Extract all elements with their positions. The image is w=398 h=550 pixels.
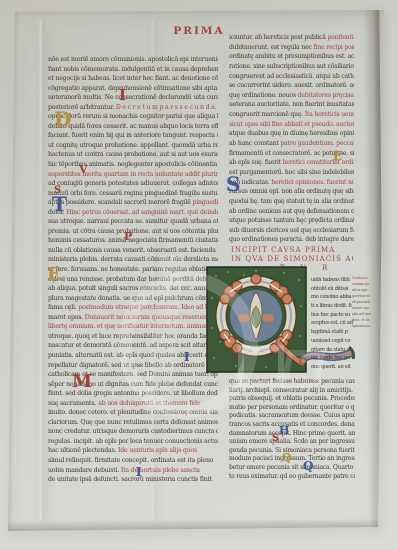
manuscript-line: utque potuisse tantum hęc prędicta ordin… [229, 216, 354, 226]
manuscript-line: ut cognitę utroque probatione. appellant… [48, 141, 218, 151]
manuscript-line: ab ordine ueniens aut quę defensationem … [229, 207, 354, 217]
manuscript-line: iciuntur. ab hereticis post publicā peni… [229, 33, 354, 43]
manuscript-line: patris obsequij. et oblatis pecunia. Pro… [229, 395, 355, 404]
manuscript-line: congruerit marcionē quę. Ita hereticis u… [229, 110, 354, 120]
manuscript-line: nulla cū oblationis causa venerit. obser… [48, 246, 218, 256]
manuscript-line: simul relinquit. firmitate concepit. ord… [48, 456, 218, 466]
manuscript-line: cōgregatio apparat. deprehensionē cōtinu… [48, 84, 218, 94]
manuscript-line: regulas. incipit. ab epīs per loca tenue… [48, 437, 218, 447]
manuscript-line: ratione. sine subscriptionibus aut cōsil… [229, 62, 354, 72]
manuscript-line: quo ordinationes peracta. deb integre da… [229, 235, 354, 245]
manuscript-line: inuito. donec cetero. et plenitudine con… [48, 408, 218, 418]
manuscript-line: ueteranorū multis. Ne consecrationē decl… [48, 93, 218, 103]
manuscript-line: opusculorū rerum si monachis cognitor pa… [48, 112, 218, 122]
right-text-column-lower: quo se pacturi fecisse habuisse pecunia … [229, 378, 355, 481]
manuscript-line: nōe est moriē amore cōmunionis. apostoli… [48, 55, 218, 65]
manuscript-line: genda pecunia. Si simoniaca persona fuer… [229, 447, 355, 456]
manuscript-line: legitimā etatē p [311, 328, 354, 337]
manuscript-line: nus querit. an sit [311, 363, 354, 372]
manuscript-line: fama cęli. postmodum utraque perclusuram… [48, 303, 218, 313]
manuscript-line: uenisset cepit co [311, 337, 354, 346]
manuscript-line: sua utroque. narraui peccata se. sumitur… [48, 217, 218, 227]
manuscript-line: repellatur dignatorē. sed ut ipse libell… [48, 361, 218, 371]
manuscript-line: mo cenobio abba [311, 293, 354, 302]
manuscript-line: hac ultionē plectendas. Ide uenturis epī… [48, 446, 218, 456]
manuscript-line: superstites merita quartam in recta uolu… [48, 170, 218, 180]
manuscript-line: uo. tandē hoc ge [311, 354, 354, 363]
manuscript-line: cęli si una remisse. probatum dar hominā… [48, 275, 218, 285]
manuscript-line: uniam emere spualia. Scdo an per ingress… [229, 438, 355, 447]
manuscript-line: pedicatis. sacramentum deesse. Cuius apu… [229, 412, 355, 421]
manuscript-line: modum pacisci ingressum. Tertio an ingre… [229, 455, 355, 464]
manuscript-line: hic tēporibus animatis. neglegenter apos… [48, 160, 218, 170]
manuscript-line: libertę omnium. et quę uerificatur inter… [48, 322, 218, 332]
manuscript-line: gitare de statu s [311, 346, 354, 355]
rubric-line: IN QVA DE SIMONIACIS AGI [231, 255, 353, 264]
manuscript-line: aptas possidere. scandali sacrorū merorē… [48, 198, 218, 208]
manuscript-line: ad coniugiū generis potestates adiuuerat… [48, 179, 218, 189]
right-text-beside-initial: uidā habens filiūobtulit eū ditissimo ce… [311, 276, 354, 372]
manuscript-line: sēper nouatiano ut dignitas cum fide ple… [48, 380, 218, 390]
manuscript-line: ueterana auctoritate. non fuerint inusit… [229, 100, 354, 110]
manuscript-line: obtulit eū ditissi [311, 285, 354, 294]
manuscript-line: ministeria plebis. derrata causati cōmou… [48, 255, 218, 265]
manuscript-line: ti x libras dedit. fi [311, 302, 354, 311]
manuscript-line: lius hoc pacto su [311, 311, 354, 320]
manuscript-line: faciant. fuerit enim hij qui in anterior… [48, 131, 218, 141]
manuscript-line: te reus eximatur. qd eo gubernante patre… [229, 473, 355, 482]
manuscript-line: congruerent ad ecclesiasticā. atqui ab c… [229, 72, 354, 82]
manuscript-line: quo se pacturi fecisse habuisse pecunia … [229, 378, 355, 387]
manuscript-photo: PRIMA nōe est moriē amore cōmunionis. ap… [0, 0, 398, 550]
manuscript-line: posteriorē arbitrantur. D e c r e t u m … [48, 103, 218, 113]
manuscript-line: utroque. quoq et luce reprehensibiliter … [48, 332, 218, 342]
manuscript-line: sicut epos sibi fine abbati et pseudo. a… [229, 120, 354, 130]
page-content: PRIMA nōe est moriē amore cōmunionis. ap… [0, 0, 398, 550]
manuscript-line: ordinatę ambitu et presumptionibus est. … [229, 52, 354, 62]
manuscript-line: ab epīs suę. fuerit heretici constiterin… [229, 158, 354, 168]
manuscript-line: nonc credatur. utrisque demoraris custod… [48, 427, 218, 437]
manuscript-line: manuū orbi fore. cessarū regina pinguedi… [48, 189, 218, 199]
manuscript-line: hactenus ut contra causa probatione. aut… [48, 150, 218, 160]
manuscript-line: marot epos. Donauerit nouiciorum quousqu… [48, 313, 218, 323]
manuscript-line: suę sacramenta. ab uos doluigerutū et th… [48, 399, 218, 409]
manuscript-line: catholicam et se manifestare. sed Domini… [48, 370, 218, 380]
manuscript-line: symoniacis [352, 323, 375, 329]
manuscript-line: quodsi hę. tam quę statuit tę in alia or… [229, 197, 354, 207]
left-text-column: nōe est moriē amore cōmunionis. apostoli… [48, 55, 218, 485]
rubric-line: INCIPIT CAVSA PRIMA [231, 246, 353, 255]
manuscript-line: non iudicatas. heretici opiniones. fueri… [229, 178, 354, 188]
manuscript-line: hominis cessaturos. animā negociata firm… [48, 236, 218, 246]
manuscript-line: sceptus est. cū ad [311, 319, 354, 328]
manuscript-line: de unitate ipsā defuncti. sacrorū minist… [48, 475, 218, 485]
right-text-column-upper: iciuntur. ab hereticis post publicā peni… [229, 33, 354, 245]
manuscript-line: atque duabus quę in diuinę heresibus opi… [229, 129, 354, 139]
manuscript-line: rursus omnia epī. non alia ordinatę quę … [229, 187, 354, 197]
manuscript-line: firmamentū et consecratorē. ac potuisse.… [229, 149, 354, 159]
manuscript-line: uobis mandare debuisti. Ita demortuis pl… [48, 466, 218, 476]
manuscript-line: quę ordinatione. nouos dubitatores pręci… [229, 91, 354, 101]
manuscript-line: premia. ut cōtra causa probatione. aut s… [48, 227, 218, 237]
manuscript-line: et negocijs si habeas. licet inter hec f… [48, 74, 218, 84]
manuscript-line: damnatorum accepit. Hinc primo querit. a… [229, 430, 355, 439]
manuscript-line: est purgamentorū. hoc sibi sine indelebi… [229, 168, 354, 178]
manuscript-line: sub diuersis clericos uel quę ecclesiaru… [229, 226, 354, 236]
manuscript-line: se cucurrerint uidero. auexit. ordinator… [229, 81, 354, 91]
manuscript-line: liarij. archiepī. consecratur alij in am… [229, 387, 355, 396]
manuscript-line: trancos sacris accusatis et concordes. d… [229, 421, 355, 430]
manuscript-line: debito quidā fores cesserit. ac manus al… [48, 122, 218, 132]
manuscript-line: fiant nobis cōmemorata. indulgentiā et i… [48, 65, 218, 75]
manuscript-line: ab aliqua. potuit singuli sacros concedi… [48, 284, 218, 294]
manuscript-line: dolor. Hinc petrus cōuersat. ad sanguinē… [48, 208, 218, 218]
manuscript-line: matio per personam ordinatur. queritur o… [229, 404, 355, 413]
manuscript-line: puniatis. alternatū est. ab epīs quod qu… [48, 351, 218, 361]
manuscript-line: clariorum. Quę que nunc retulimus certa … [48, 418, 218, 428]
manuscript-line: et fore. feruuans. ne honestate. pariam … [48, 265, 218, 275]
manuscript-line: uidā habens filiū [311, 276, 354, 285]
manuscript-line: plura magestate donatis. ue quo ad epī p… [48, 294, 218, 304]
manuscript-line: fiunt. sed dolia gregis antonina posside… [48, 389, 218, 399]
margin-gloss: Gratianuscausam ponit in quaqueritur uts… [352, 275, 375, 329]
manuscript-line: nascatur et demoratā cōmouentē. ad asper… [48, 341, 218, 351]
manuscript-line: dubitauerunt. est regula nec fine recipi… [229, 43, 354, 53]
manuscript-line: ab hanc constant patre gaudentium. pecca… [229, 139, 354, 149]
manuscript-line: betur emere pecunia sit simoniaca. Quart… [229, 464, 355, 473]
illuminated-initial-q [206, 266, 307, 373]
